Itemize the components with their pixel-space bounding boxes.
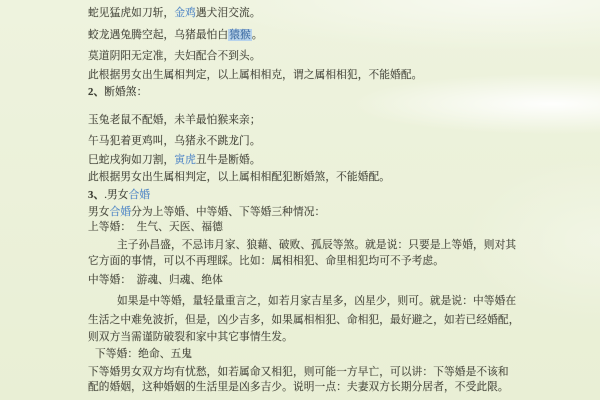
text-segment: 此根据男女出生属相判定，以上属相相配犯断婚煞，不能婚配。: [88, 171, 390, 183]
paragraph-line: 生活之中难免波折，但是，凶少吉多，如果属相相犯、命相犯，最好避之，如若已经婚配，: [88, 311, 522, 329]
link-hehun[interactable]: 合婚: [110, 206, 132, 218]
text-segment: 此根据男女出生属相判定，以上属相相克，谓之属相相犯，不能婚配。: [88, 69, 422, 81]
paragraph-line: 它方面的事情，可以不再理睬。比如：属相相犯、命里相犯均可不予考虑。: [88, 254, 522, 269]
text-segment: 下等婚：绝命、五鬼: [95, 348, 192, 360]
paragraph-line: 如果是中等婚，量轻量重言之，如若月家吉星多，凶星少，则可。就是说：中等婚在: [88, 291, 522, 311]
text-segment: 分为上等婚、中等婚、下等婚三种情况：: [131, 206, 325, 218]
text-segment: 丑牛是断婚。: [196, 154, 261, 166]
document-text-column: 蛇见猛虎如刀斩，金鸡遇犬泪交流。 蛟龙遇兔腾空起，乌猪最怕白猿猴。 莫道阴阳无定…: [0, 0, 600, 394]
text-segment: 生活之中难免波折，但是，凶少吉多，如果属相相犯、命相犯，最好避之，如若已经婚配，: [88, 314, 520, 326]
paragraph-line: 则双方当需谨防破裂和家中其它事情生发。: [88, 329, 522, 346]
paragraph-line: 主子孙昌盛，不忌讳月家、狼藉、破败、孤辰等煞。就是说：只要是上等婚，则对其: [88, 236, 522, 254]
grade-label-line: 下等婚：绝命、五鬼: [88, 346, 522, 363]
section-number: 2、: [88, 86, 104, 98]
text-segment: 则双方当需谨防破裂和家中其它事情生发。: [88, 331, 293, 343]
grade-label-line: 上等婚： 生气、天医、福德: [88, 219, 522, 236]
text-segment: 如果是中等婚，量轻量重言之，如若月家吉星多，凶星少，则可。就是说：中等婚在: [117, 295, 516, 307]
text-segment: 配的婚姻，这种婚姻的生活里是凶多吉少。说明一点：夫妻双方长期分居者，不受此限。: [88, 381, 509, 393]
link-hehun[interactable]: 合婚: [129, 189, 151, 201]
text-segment: 玉兔老鼠不配婚，未羊最怕猴来亲；: [88, 114, 261, 126]
poem-line: 蛇见猛虎如刀斩，金鸡遇犬泪交流。: [88, 2, 522, 24]
text-segment: 莫道阴阳无定准，夫妇配合不到头。: [88, 50, 261, 62]
text-segment: 巳蛇戌狗如刀割，: [88, 154, 174, 166]
poem-line: 莫道阴阳无定准，夫妇配合不到头。: [88, 46, 522, 67]
section-number: 3、: [88, 189, 104, 201]
paragraph-line: 此根据男女出生属相判定，以上属相相配犯断婚煞，不能婚配。: [88, 170, 522, 185]
section-title: .男女: [104, 189, 128, 201]
text-segment: 主子孙昌盛，不忌讳月家、狼藉、破败、孤辰等煞。就是说：只要是上等婚，则对其: [117, 239, 516, 251]
text-segment: 下等婚男女双方均有忧愁，如若属命又相犯，则可能一方早亡，可以讲：下等婚是不该和: [88, 366, 509, 378]
link-yin-tiger[interactable]: 寅虎: [174, 154, 196, 166]
paragraph-line: 配的婚姻，这种婚姻的生活里是凶多吉少。说明一点：夫妻双方长期分居者，不受此限。: [88, 381, 522, 394]
scanned-document-page: 蛇见猛虎如刀斩，金鸡遇犬泪交流。 蛟龙遇兔腾空起，乌猪最怕白猿猴。 莫道阴阳无定…: [0, 0, 600, 400]
section-title: 断婚煞：: [104, 86, 147, 98]
text-segment: 它方面的事情，可以不再理睬。比如：属相相犯、命里相犯均可不予考虑。: [88, 255, 444, 267]
poem-line: 玉兔老鼠不配婚，未羊最怕猴来亲；: [88, 110, 522, 131]
text-segment: 。: [252, 29, 263, 41]
grade-label-line: 中等婚： 游魂、归魂、绝体: [88, 269, 522, 291]
poem-line: 巳蛇戌狗如刀割，寅虎丑牛是断婚。: [88, 151, 522, 170]
section-heading-2: 2、断婚煞：: [88, 84, 522, 101]
paragraph-line: 此根据男女出生属相判定，以上属相相克，谓之属相相犯，不能婚配。: [88, 67, 522, 84]
link-golden-rooster[interactable]: 金鸡: [174, 7, 196, 19]
text-segment: 午马犯着更鸡叫，乌猪永不跳龙门。: [88, 135, 261, 147]
link-ape-monkey-highlighted[interactable]: 猿猴: [228, 29, 252, 41]
poem-line: 蛟龙遇兔腾空起，乌猪最怕白猿猴。: [88, 24, 522, 46]
paragraph-line: 男女合婚分为上等婚、中等婚、下等婚三种情况：: [88, 205, 522, 219]
text-segment: 上等婚： 生气、天医、福德: [88, 221, 223, 233]
text-segment: 男女: [88, 206, 110, 218]
text-segment: 中等婚： 游魂、归魂、绝体: [88, 274, 223, 286]
poem-line: 午马犯着更鸡叫，乌猪永不跳龙门。: [88, 131, 522, 151]
text-segment: 遇犬泪交流。: [196, 7, 261, 19]
text-segment: 蛇见猛虎如刀斩，: [88, 7, 174, 19]
text-segment: 蛟龙遇兔腾空起，乌猪最怕白: [88, 29, 228, 41]
paragraph-line: 下等婚男女双方均有忧愁，如若属命又相犯，则可能一方早亡，可以讲：下等婚是不该和: [88, 363, 522, 381]
section-heading-3: 3、.男女合婚: [88, 185, 522, 205]
